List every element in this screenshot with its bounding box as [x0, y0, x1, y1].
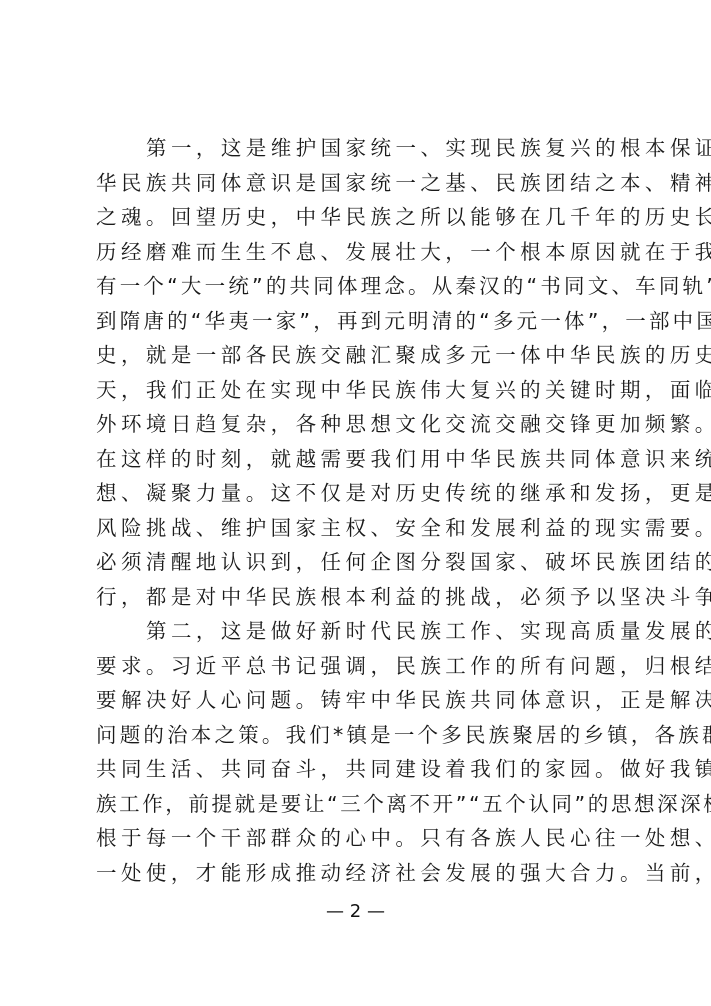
text-line: 一处使，才能形成推动经济社会发展的强大合力。当前，我镇	[96, 856, 620, 891]
text-line: 想、凝聚力量。这不仅是对历史传统的继承和发扬，更是应对	[96, 476, 620, 511]
paragraph-2: 第二，这是做好新时代民族工作、实现高质量发展的必然 要求。习近平总书记强调，民族…	[96, 614, 620, 890]
text-line: 族工作，前提就是要让“三个离不开”“五个认同”的思想深深植	[96, 787, 620, 822]
text-line: 外环境日趋复杂，各种思想文化交流交融交锋更加频繁。越是	[96, 407, 620, 442]
text-line: 必须清醒地认识到，任何企图分裂国家、破坏民族团结的言	[96, 545, 620, 580]
text-line: 到隋唐的“华夷一家”，再到元明清的“多元一体”，一部中国	[96, 304, 620, 339]
text-line: 史，就是一部各民族交融汇聚成多元一体中华民族的历史。今	[96, 338, 620, 373]
text-line: 行，都是对中华民族根本利益的挑战，必须予以坚决斗争。	[96, 580, 620, 615]
text-line: 问题的治本之策。我们*镇是一个多民族聚居的乡镇，各族群众	[96, 718, 620, 753]
paragraph-1: 第一，这是维护国家统一、实现民族复兴的根本保证。中 华民族共同体意识是国家统一之…	[96, 131, 620, 614]
page-number: — 2 —	[0, 898, 711, 926]
text-line: 在这样的时刻，就越需要我们用中华民族共同体意识来统一思	[96, 442, 620, 477]
text-line: 华民族共同体意识是国家统一之基、民族团结之本、精神力量	[96, 166, 620, 201]
document-page: 第一，这是维护国家统一、实现民族复兴的根本保证。中 华民族共同体意识是国家统一之…	[0, 0, 711, 1006]
text-line: 第二，这是做好新时代民族工作、实现高质量发展的必然	[96, 614, 620, 649]
text-line: 风险挑战、维护国家主权、安全和发展利益的现实需要。我们	[96, 511, 620, 546]
text-line: 要求。习近平总书记强调，民族工作的所有问题，归根结底是	[96, 649, 620, 684]
text-line: 共同生活、共同奋斗，共同建设着我们的家园。做好我镇的民	[96, 752, 620, 787]
text-line: 第一，这是维护国家统一、实现民族复兴的根本保证。中	[96, 131, 620, 166]
text-line: 根于每一个干部群众的心中。只有各族人民心往一处想、劲往	[96, 821, 620, 856]
text-line: 之魂。回望历史，中华民族之所以能够在几千年的历史长河中	[96, 200, 620, 235]
document-body: 第一，这是维护国家统一、实现民族复兴的根本保证。中 华民族共同体意识是国家统一之…	[96, 131, 620, 890]
text-line: 历经磨难而生生不息、发展壮大，一个根本原因就在于我们拥	[96, 235, 620, 270]
text-line: 天，我们正处在实现中华民族伟大复兴的关键时期，面临的内	[96, 373, 620, 408]
text-line: 要解决好人心问题。铸牢中华民族共同体意识，正是解决人心	[96, 683, 620, 718]
text-line: 有一个“大一统”的共同体理念。从秦汉的“书同文、车同轨”，	[96, 269, 620, 304]
